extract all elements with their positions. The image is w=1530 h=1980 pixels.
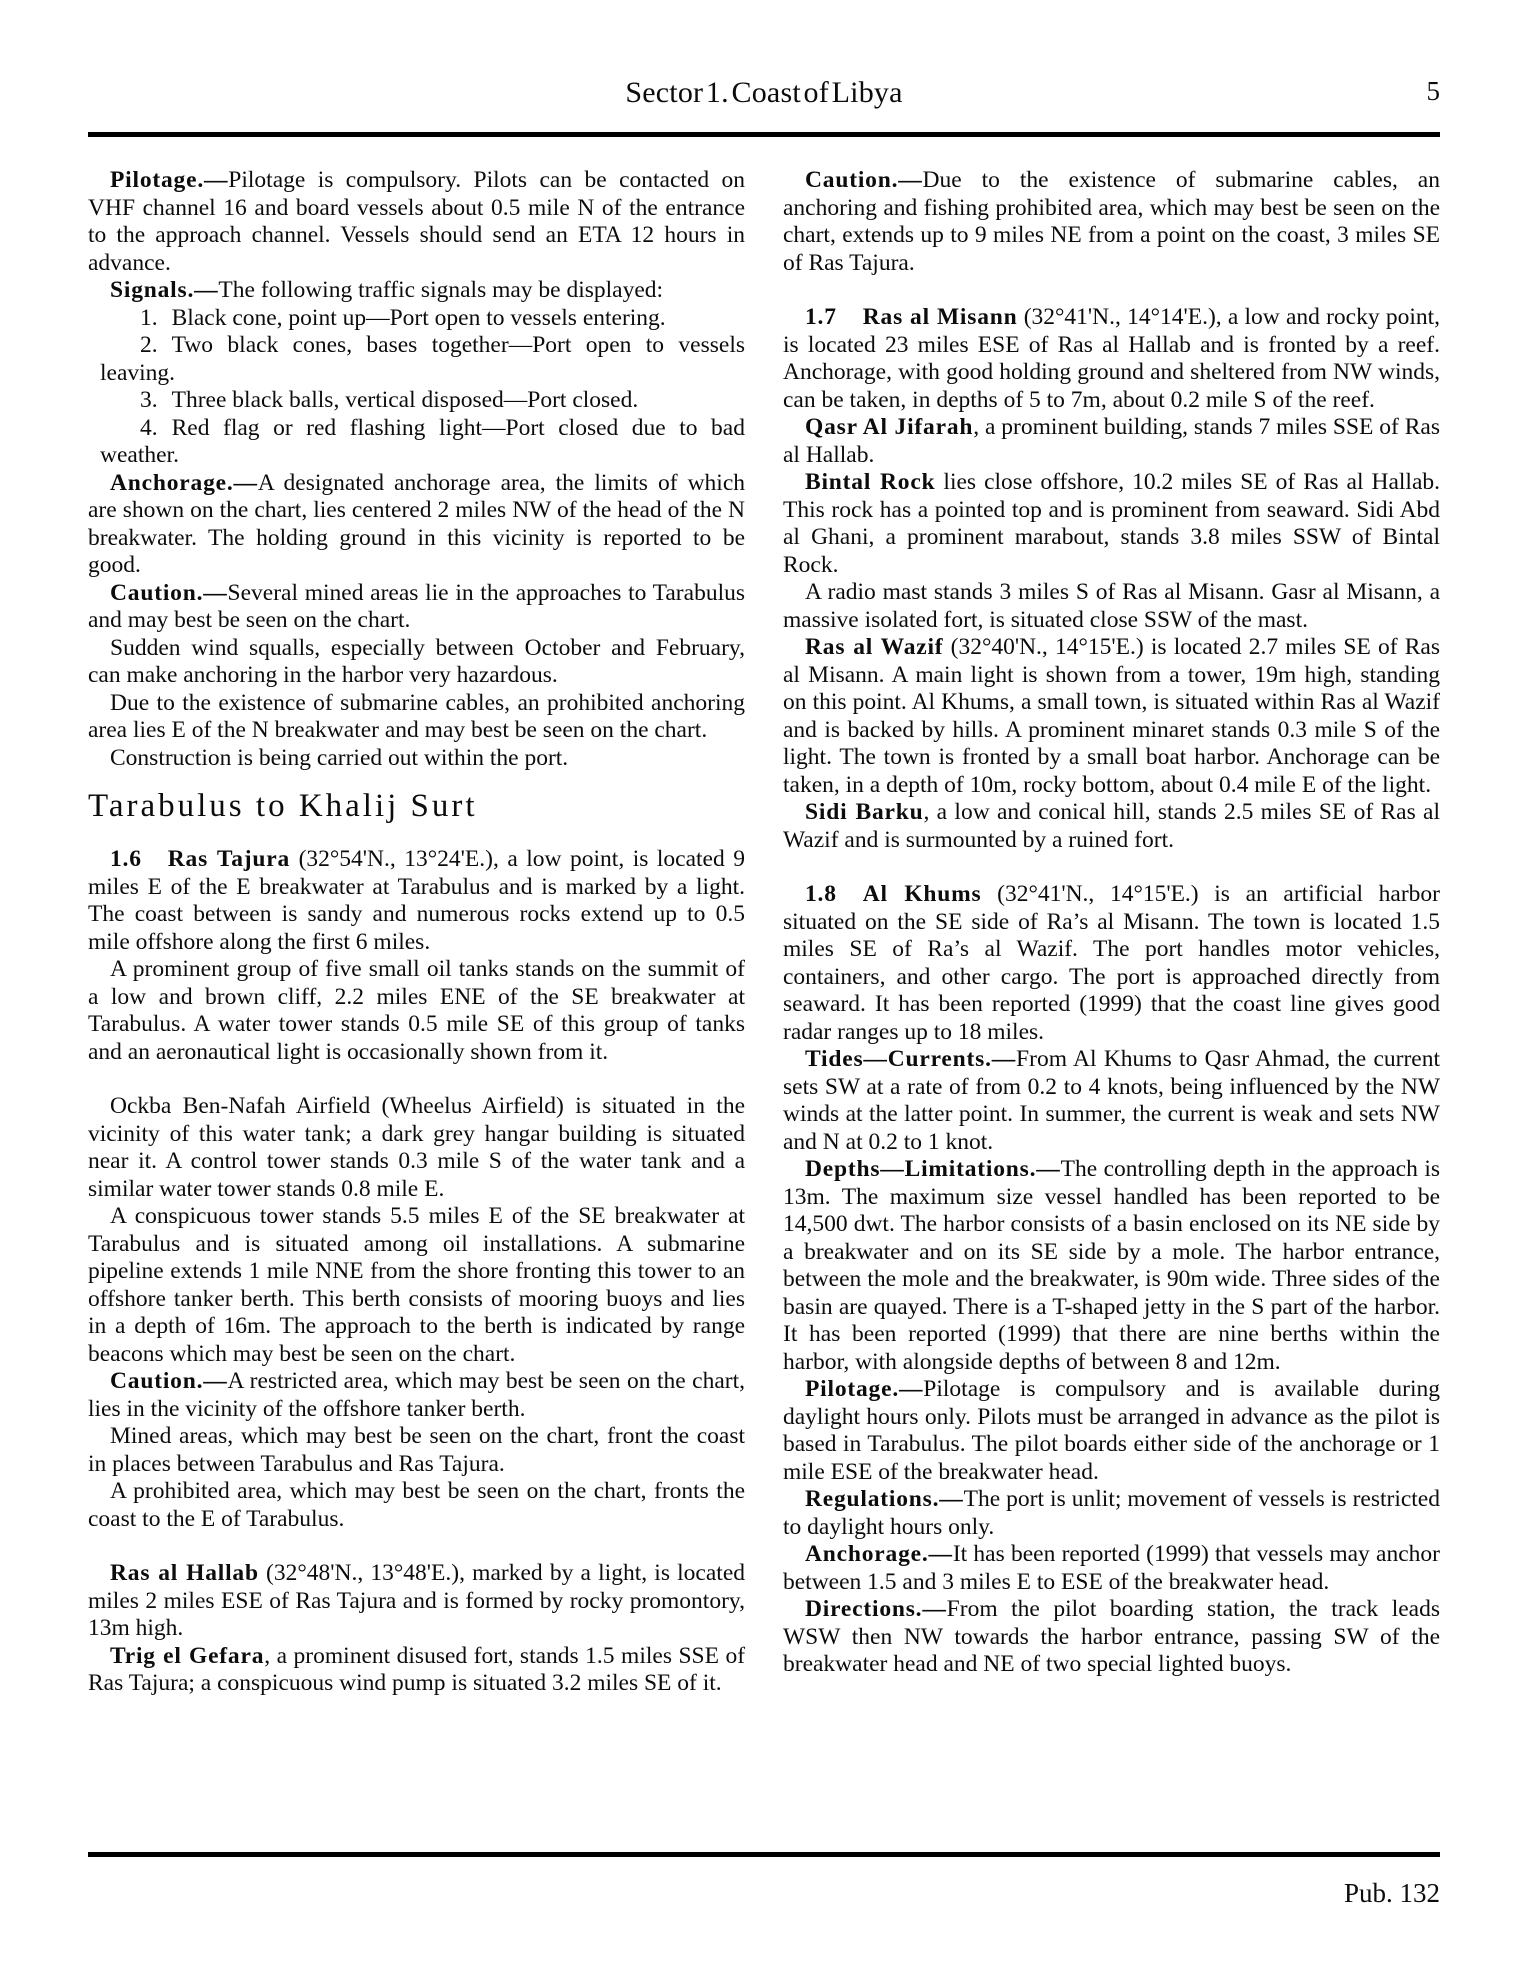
paragraph: A prohibited area, which may best be see… [88, 1478, 745, 1533]
paragraph-number: 1. [140, 305, 158, 331]
paragraph: Qasr Al Jifarah, a prominent building, s… [783, 414, 1440, 469]
paragraph-text: A conspicuous tower stands 5.5 miles E o… [88, 1203, 745, 1367]
paragraph: 1.8Al Khums (32°41'N., 14°15'E.) is an a… [783, 881, 1440, 1046]
paragraph-lead: Anchorage.— [805, 1541, 953, 1567]
paragraph-number: 3. [140, 387, 158, 413]
paragraph-spacer [783, 277, 1440, 304]
paragraph-text: Red flag or red flashing light—Port clos… [100, 415, 745, 469]
paragraph: Mined areas, which may best be seen on t… [88, 1423, 745, 1478]
paragraph: 1.6Ras Tajura (32°54'N., 13°24'E.), a lo… [88, 846, 745, 956]
paragraph-text: A prominent group of five small oil tank… [88, 956, 745, 1065]
paragraph-text: The following traffic signals may be dis… [218, 277, 663, 303]
signal-list-item: 1.Black cone, point up—Port open to vess… [88, 305, 745, 333]
paragraph: 1.7Ras al Misann (32°41'N., 14°14'E.), a… [783, 304, 1440, 414]
signal-list-item: 4.Red flag or red flashing light—Port cl… [88, 415, 745, 470]
paragraph-text: Construction is being carried out within… [110, 745, 568, 771]
paragraph: Bintal Rock lies close offshore, 10.2 mi… [783, 469, 1440, 579]
paragraph: A prominent group of five small oil tank… [88, 956, 745, 1066]
paragraph: A radio mast stands 3 miles S of Ras al … [783, 579, 1440, 634]
paragraph-spacer [783, 854, 1440, 881]
paragraph: Construction is being carried out within… [88, 745, 745, 773]
paragraph-text: Two black cones, bases together—Port ope… [100, 332, 745, 386]
feature-name: Ras al Wazif [805, 634, 943, 660]
page-footer: Pub. 132 [1344, 1878, 1440, 1909]
paragraph: Due to the existence of submarine cables… [88, 690, 745, 745]
paragraph: Tides—Currents.—From Al Khums to Qasr Ah… [783, 1046, 1440, 1156]
paragraph: Pilotage.—Pilotage is compulsory. Pilots… [88, 167, 745, 277]
paragraph: Anchorage.—It has been reported (1999) t… [783, 1541, 1440, 1596]
section-title: Sector 1. Coast of Libya [625, 76, 902, 109]
paragraph-lead: Caution.— [110, 580, 228, 606]
paragraph-text: Due to the existence of submarine cables… [88, 690, 745, 744]
signal-list-item: 2.Two black cones, bases together—Port o… [88, 332, 745, 387]
feature-name: Ras Tajura [168, 846, 290, 872]
paragraph: Sudden wind squalls, especially between … [88, 635, 745, 690]
paragraph-lead: Regulations.— [805, 1486, 964, 1512]
paragraph-text: A prohibited area, which may best be see… [88, 1478, 745, 1532]
paragraph-text: Ockba Ben-Nafah Airfield (Wheelus Airfie… [88, 1093, 745, 1202]
paragraph-text: A radio mast stands 3 miles S of Ras al … [783, 579, 1440, 633]
paragraph: Ras al Hallab (32°48'N., 13°48'E.), mark… [88, 1560, 745, 1643]
paragraph: Ockba Ben-Nafah Airfield (Wheelus Airfie… [88, 1093, 745, 1203]
footer-rule [88, 1852, 1440, 1857]
signal-list-item: 3.Three black balls, vertical disposed—P… [88, 387, 745, 415]
paragraph-number: 2. [140, 332, 158, 358]
paragraph: A conspicuous tower stands 5.5 miles E o… [88, 1203, 745, 1368]
feature-name: Sidi Barku [805, 799, 924, 825]
section-heading: Tarabulus to Khalij Surt [88, 788, 745, 824]
paragraph-text: Black cone, point up—Port open to vessel… [172, 305, 666, 331]
paragraph-lead: Pilotage.— [805, 1376, 923, 1402]
paragraph: Caution.—A restricted area, which may be… [88, 1368, 745, 1423]
paragraph: Depths—Limitations.—The controlling dept… [783, 1156, 1440, 1376]
paragraph: Anchorage.—A designated anchorage area, … [88, 470, 745, 580]
paragraph-lead: Anchorage.— [110, 470, 258, 496]
paragraph-text: The controlling depth in the approach is… [783, 1156, 1440, 1375]
paragraph-number: 1.8 [805, 881, 837, 907]
paragraph: Directions.—From the pilot boarding stat… [783, 1596, 1440, 1679]
paragraph: Regulations.—The port is unlit; movement… [783, 1486, 1440, 1541]
page-number: 5 [1427, 76, 1441, 107]
paragraph: Caution.—Due to the existence of submari… [783, 167, 1440, 277]
paragraph-number: 1.7 [805, 304, 837, 330]
paragraph-text: Three black balls, vertical disposed—Por… [172, 387, 639, 413]
page-header: Sector 1. Coast of Libya 5 [88, 0, 1440, 116]
feature-name: Ras al Hallab [110, 1560, 259, 1586]
paragraph: Signals.—The following traffic signals m… [88, 277, 745, 305]
paragraph-lead: Directions.— [805, 1596, 947, 1622]
paragraph-lead: Signals.— [110, 277, 218, 303]
paragraph-lead: Depths—Limitations.— [805, 1156, 1061, 1182]
paragraph-lead: Caution.— [110, 1368, 228, 1394]
feature-name: Qasr Al Jifarah [805, 414, 973, 440]
document-page: Sector 1. Coast of Libya 5 Pilotage.—Pil… [0, 0, 1530, 1980]
paragraph-lead: Caution.— [805, 167, 923, 193]
feature-name: Al Khums [863, 881, 982, 907]
paragraph-spacer [88, 1533, 745, 1560]
paragraph: Pilotage.—Pilotage is compulsory and is … [783, 1376, 1440, 1486]
paragraph-number: 4. [140, 415, 158, 441]
two-column-body: Pilotage.—Pilotage is compulsory. Pilots… [88, 167, 1440, 1815]
paragraph-spacer [88, 1066, 745, 1093]
paragraph-text: Mined areas, which may best be seen on t… [88, 1423, 745, 1477]
publication-label: Pub. 132 [1344, 1878, 1440, 1908]
paragraph: Ras al Wazif (32°40'N., 14°15'E.) is loc… [783, 634, 1440, 799]
paragraph: Sidi Barku, a low and conical hill, stan… [783, 799, 1440, 854]
paragraph-number: 1.6 [110, 846, 142, 872]
paragraph: Caution.—Several mined areas lie in the … [88, 580, 745, 635]
paragraph-text: Sudden wind squalls, especially between … [88, 635, 745, 689]
paragraph-lead: Pilotage.— [110, 167, 228, 193]
paragraph-lead: Tides—Currents.— [805, 1046, 1016, 1072]
header-rule [88, 132, 1440, 137]
right-column: Caution.—Due to the existence of submari… [783, 167, 1440, 1815]
paragraph: Trig el Gefara, a prominent disused fort… [88, 1643, 745, 1698]
feature-name: Trig el Gefara [110, 1643, 264, 1669]
left-column: Pilotage.—Pilotage is compulsory. Pilots… [88, 167, 745, 1815]
feature-name: Bintal Rock [805, 469, 935, 495]
feature-name: Ras al Misann [863, 304, 1018, 330]
